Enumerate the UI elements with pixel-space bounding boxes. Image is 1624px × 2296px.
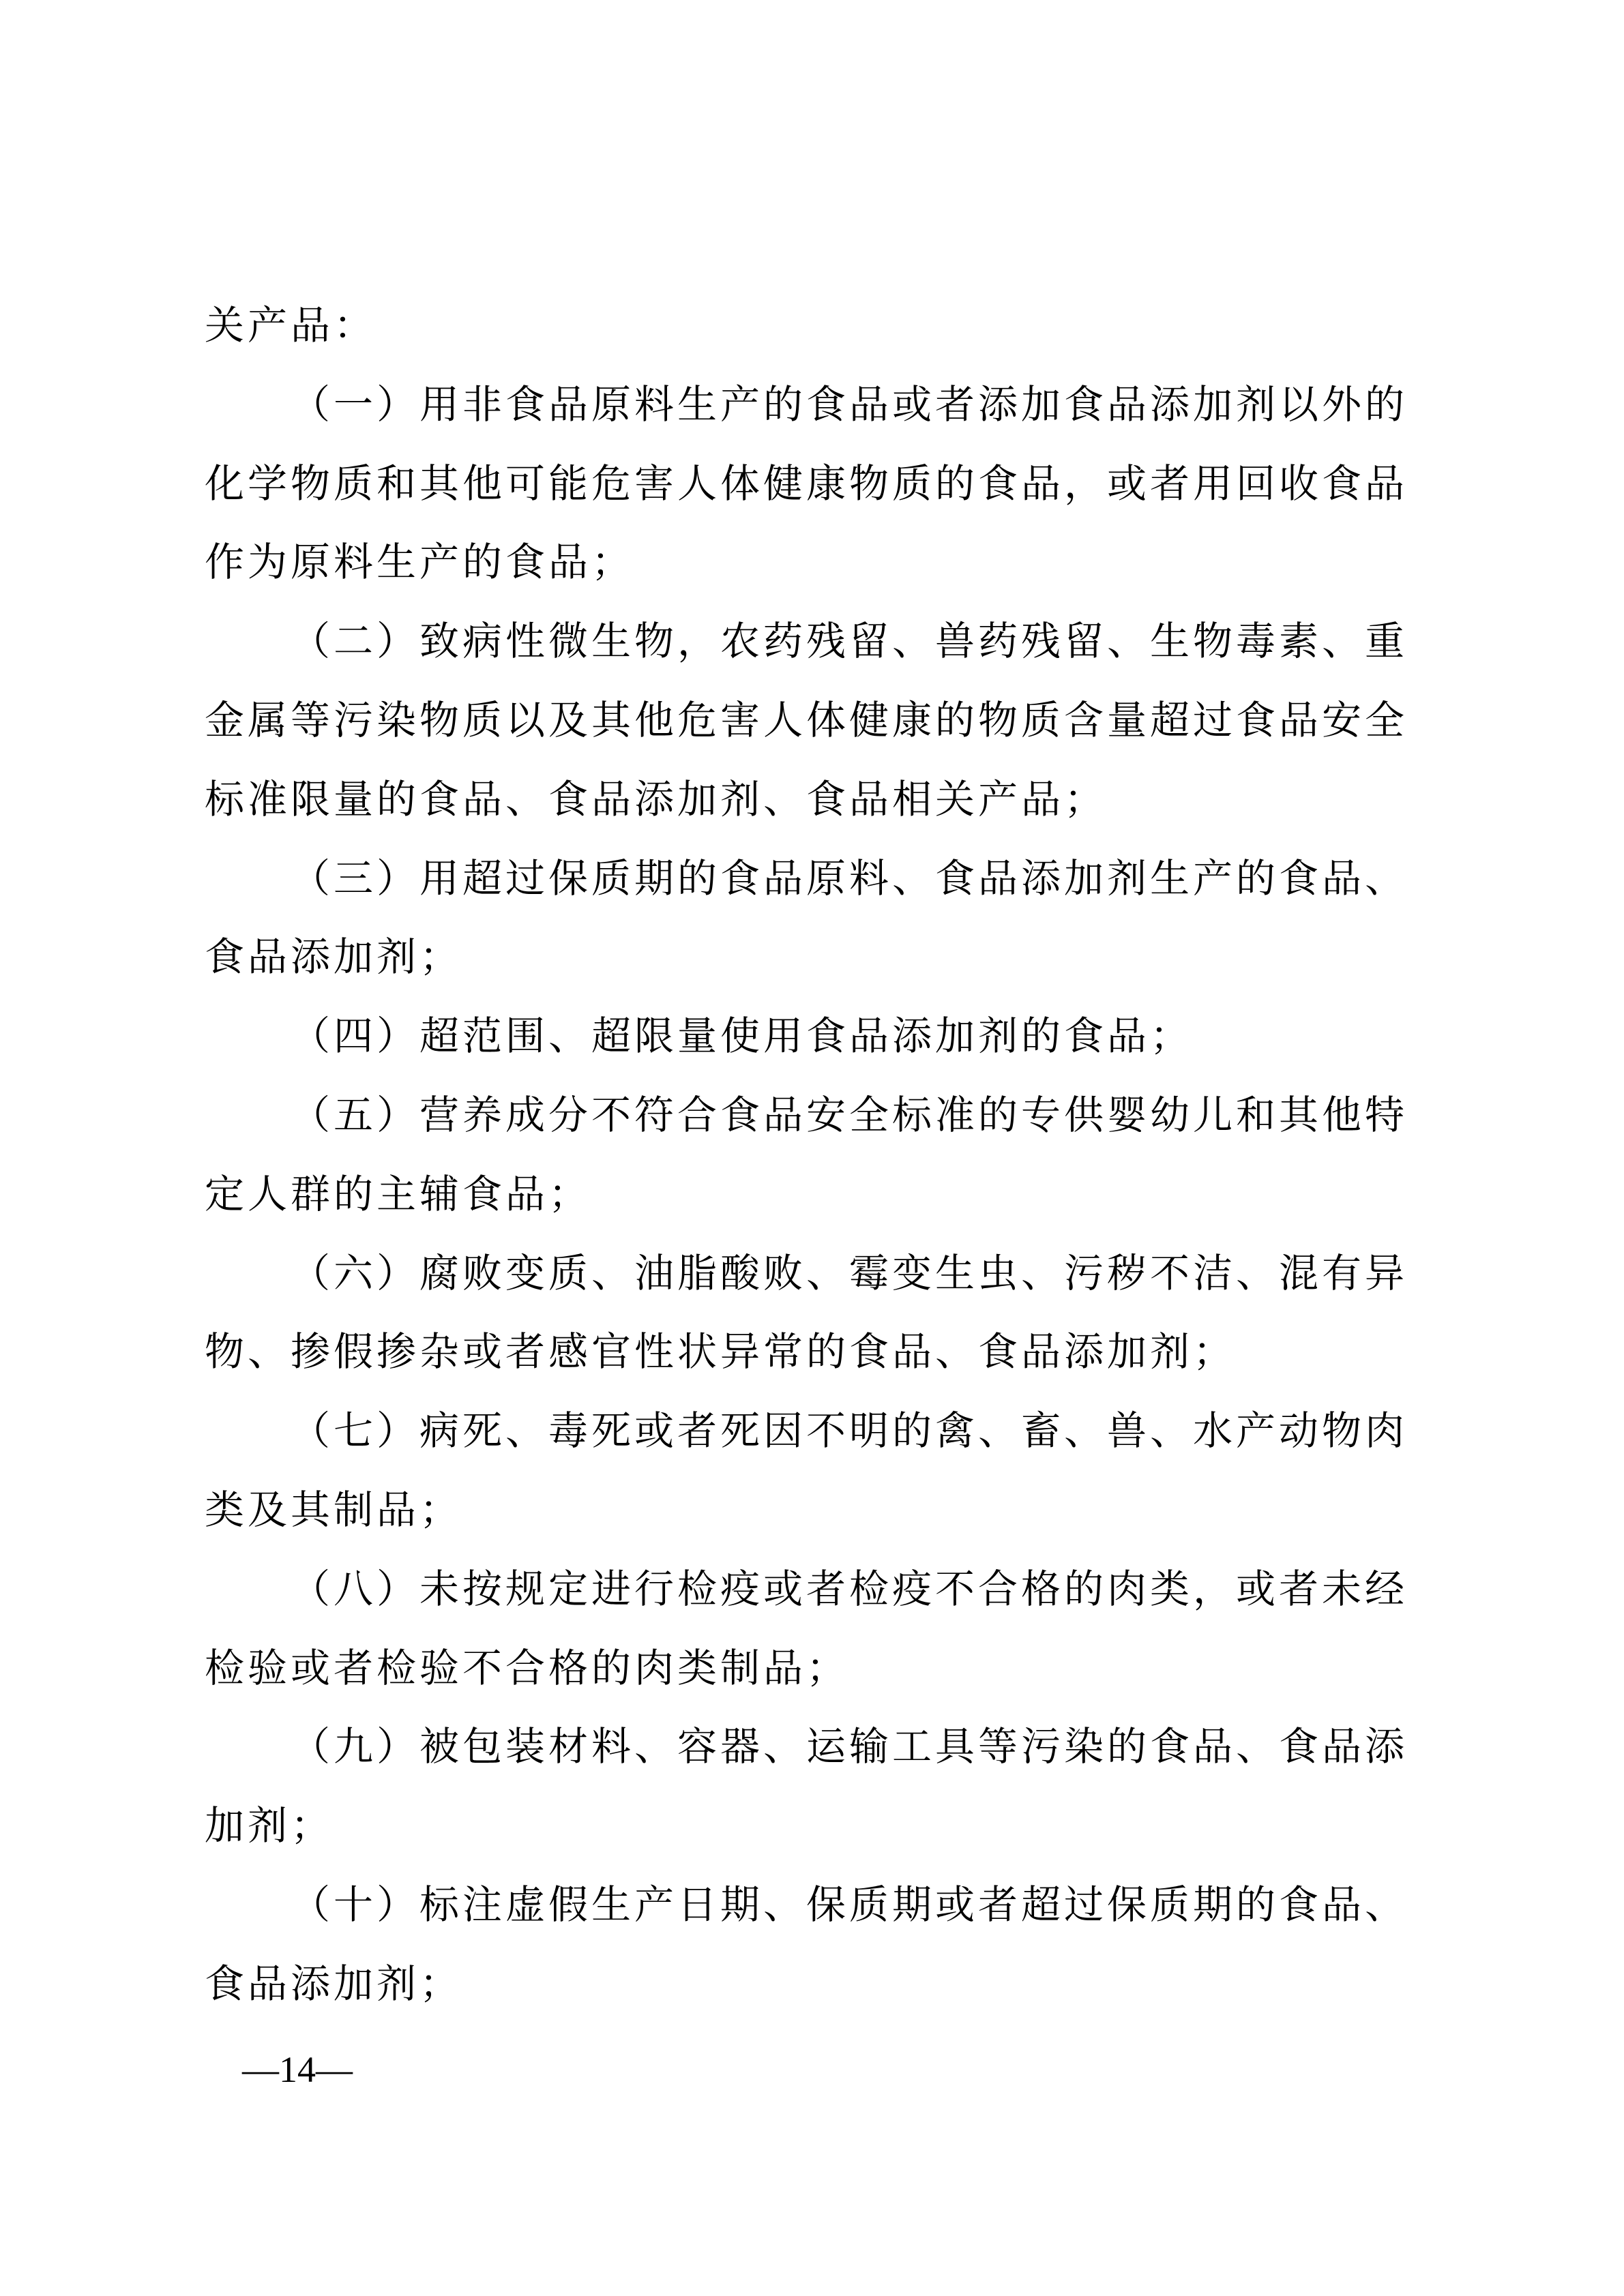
text-line: 化学物质和其他可能危害人体健康物质的食品，或者用回收食品 [205,445,1419,524]
text-line: 类及其制品； [205,1471,1419,1550]
text-line: 作为原料生产的食品； [205,523,1419,602]
text-line: （四）超范围、超限量使用食品添加剂的食品； [205,997,1419,1076]
document-page: 关产品： （一）用非食品原料生产的食品或者添加食品添加剂以外的 化学物质和其他可… [0,0,1624,2296]
body-text: 关产品： （一）用非食品原料生产的食品或者添加食品添加剂以外的 化学物质和其他可… [205,286,1419,2024]
list-item-5: （五）营养成分不符合食品安全标准的专供婴幼儿和其他特 定人群的主辅食品； [205,1076,1419,1234]
paragraph-continuation: 关产品： [205,286,1419,366]
text-line: 加剂； [205,1787,1419,1866]
list-item-7: （七）病死、毒死或者死因不明的禽、畜、兽、水产动物肉 类及其制品； [205,1392,1419,1550]
text-line: 定人群的主辅食品； [205,1155,1419,1234]
text-line: 金属等污染物质以及其他危害人体健康的物质含量超过食品安全 [205,681,1419,760]
text-line: （六）腐败变质、油脂酸败、霉变生虫、污秽不洁、混有异 [205,1234,1419,1313]
text-line: 检验或者检验不合格的肉类制品； [205,1629,1419,1708]
text-line: （五）营养成分不符合食品安全标准的专供婴幼儿和其他特 [205,1076,1419,1155]
text-line: （九）被包装材料、容器、运输工具等污染的食品、食品添 [205,1708,1419,1787]
page-number: —14— [242,2049,353,2090]
text-line: （二）致病性微生物，农药残留、兽药残留、生物毒素、重 [205,602,1419,681]
text-line: 物、掺假掺杂或者感官性状异常的食品、食品添加剂； [205,1313,1419,1392]
text-line: （一）用非食品原料生产的食品或者添加食品添加剂以外的 [205,366,1419,445]
text-line: 食品添加剂； [205,1945,1419,2024]
text-line: （八）未按规定进行检疫或者检疫不合格的肉类，或者未经 [205,1550,1419,1629]
text-line: （十）标注虚假生产日期、保质期或者超过保质期的食品、 [205,1866,1419,1945]
list-item-8: （八）未按规定进行检疫或者检疫不合格的肉类，或者未经 检验或者检验不合格的肉类制… [205,1550,1419,1708]
text-line: 关产品： [205,286,1419,366]
list-item-4: （四）超范围、超限量使用食品添加剂的食品； [205,997,1419,1076]
text-line: 食品添加剂； [205,918,1419,997]
text-line: （七）病死、毒死或者死因不明的禽、畜、兽、水产动物肉 [205,1392,1419,1471]
text-line: 标准限量的食品、食品添加剂、食品相关产品； [205,760,1419,839]
list-item-6: （六）腐败变质、油脂酸败、霉变生虫、污秽不洁、混有异 物、掺假掺杂或者感官性状异… [205,1234,1419,1392]
list-item-10: （十）标注虚假生产日期、保质期或者超过保质期的食品、 食品添加剂； [205,1866,1419,2024]
list-item-1: （一）用非食品原料生产的食品或者添加食品添加剂以外的 化学物质和其他可能危害人体… [205,366,1419,602]
text-line: （三）用超过保质期的食品原料、食品添加剂生产的食品、 [205,839,1419,919]
list-item-9: （九）被包装材料、容器、运输工具等污染的食品、食品添 加剂； [205,1708,1419,1866]
list-item-2: （二）致病性微生物，农药残留、兽药残留、生物毒素、重 金属等污染物质以及其他危害… [205,602,1419,839]
list-item-3: （三）用超过保质期的食品原料、食品添加剂生产的食品、 食品添加剂； [205,839,1419,998]
